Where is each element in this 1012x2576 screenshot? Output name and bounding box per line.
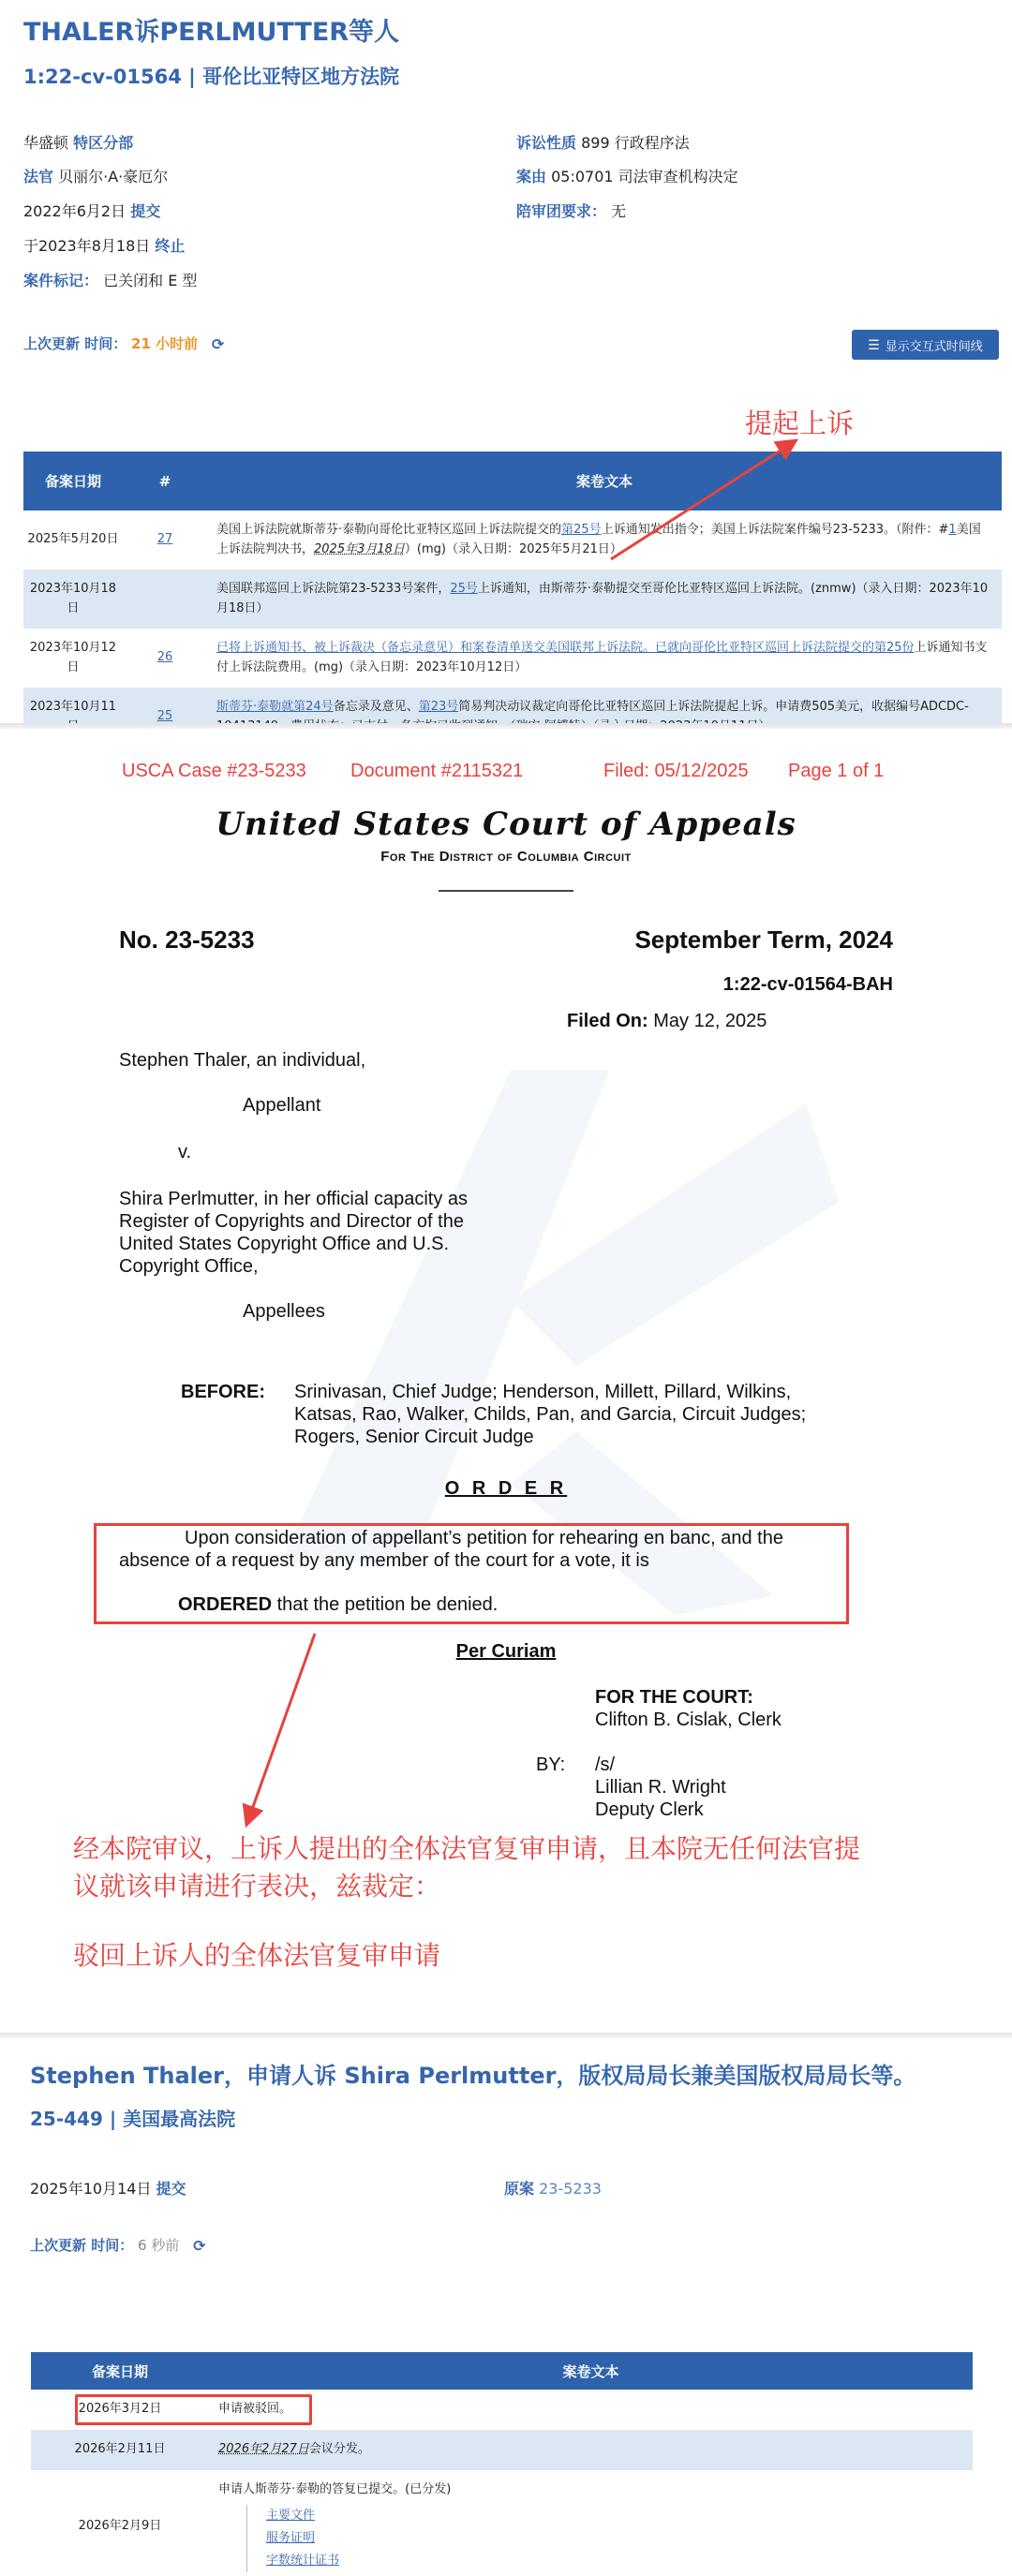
column-header-date[interactable]: 备案日期: [23, 452, 123, 511]
docket-text: 美国上诉法院就斯蒂芬·泰勒向哥伦比亚特区巡回上诉法院提交的第25号上诉通知发出指…: [207, 511, 1002, 570]
signature: /s/: [595, 1754, 615, 1776]
meta-division: 华盛顿 特区分部: [23, 131, 133, 153]
district-case-section: THALER诉PERLMUTTER等人 1:22-cv-01564 | 哥伦比亚…: [0, 0, 1012, 723]
order-title: O R D E R: [0, 1478, 1012, 1500]
meta-terminated: 于2023年8月18日 终止: [23, 234, 185, 256]
docket-entry-link[interactable]: 1: [948, 523, 956, 537]
last-updated: 上次更新 时间： 21 小时前 ⟳: [23, 333, 224, 353]
docket-text: 已将上诉通知书、被上诉裁决（备忘录意见）和案卷清单送交美国联邦上诉法院。已就向哥…: [207, 629, 1002, 688]
sc-docket-table: 备案日期 案卷文本 2026年3月2日 申请被驳回。 2026年2月11日 20…: [31, 2352, 973, 2576]
header-rule: [439, 890, 573, 892]
meta-filed: 2022年6月2日 提交: [23, 200, 160, 221]
attachment-list: 主要文件 服务证明 字数统计证书: [246, 2505, 963, 2572]
docket-entry-link[interactable]: 斯蒂芬·泰勒就第24号: [216, 700, 334, 714]
case-title: THALER诉PERLMUTTER等人: [23, 11, 399, 48]
meta-cause: 案由 05:0701 司法审查机构决定: [516, 165, 738, 186]
translation-line: 议就该申请进行表决，兹裁定：: [73, 1868, 440, 1905]
table-row: 2026年2月9日 申请人斯蒂芬·泰勒的答复已提交。(已分发) 主要文件 服务证…: [31, 2470, 973, 2576]
appeal-case-number: No. 23-5233: [119, 928, 255, 951]
filing-date: 2025年5月20日: [23, 511, 123, 570]
conference-date: 2026年2月27日: [218, 2442, 309, 2456]
panel-line: Katsas, Rao, Walker, Childs, Pan, and Ga…: [294, 1403, 806, 1426]
filed-on: Filed On: May 12, 2025: [567, 1010, 766, 1032]
table-row: 2023年10月12日26已将上诉通知书、被上诉裁决（备忘录意见）和案卷清单送交…: [23, 629, 1002, 688]
docket-entry-link[interactable]: 25号: [450, 582, 478, 596]
sc-case-title: Stephen Thaler，申请人诉 Shira Perlmutter，版权局…: [30, 2057, 915, 2090]
header-document-number: Document #2115321: [350, 761, 523, 782]
column-header-date[interactable]: 备案日期: [31, 2352, 209, 2390]
appellee-line: Shira Perlmutter, in her official capaci…: [119, 1188, 468, 1210]
supreme-court-case-section: Stephen Thaler，申请人诉 Shira Perlmutter，版权局…: [0, 2038, 1012, 2576]
filing-date: 2023年10月12日: [23, 629, 123, 688]
for-the-court: FOR THE COURT:: [595, 1686, 753, 1709]
appellee-line: Copyright Office,: [119, 1255, 259, 1278]
court-order-document: USCA Case #23-5233 Document #2115321 Fil…: [0, 729, 1012, 2033]
sc-last-updated: 上次更新 时间： 6 秒前 ⟳: [30, 2235, 206, 2255]
division-link[interactable]: 特区分部: [73, 134, 133, 152]
last-updated-value: 21 小时前: [131, 335, 198, 352]
order-paragraph-line: Upon consideration of appellant’s petiti…: [185, 1527, 783, 1549]
docket-number-link[interactable]: 26: [157, 650, 173, 664]
panel-line: Rogers, Senior Circuit Judge: [294, 1426, 534, 1448]
lower-court-case: 1:22-cv-01564-BAH: [723, 973, 893, 996]
order-ruling: ORDERED that the petition be denied.: [178, 1593, 498, 1616]
docket-number-link[interactable]: 27: [157, 532, 173, 546]
panel-line: Srinivasan, Chief Judge; Henderson, Mill…: [294, 1381, 791, 1403]
case-subtitle: 1:22-cv-01564 | 哥伦比亚特区地方法院: [23, 62, 399, 90]
sc-meta-filed: 2025年10月14日 提交: [30, 2177, 186, 2198]
appellee-line: United States Copyright Office and U.S.: [119, 1233, 449, 1255]
table-row: 2025年5月20日27美国上诉法院就斯蒂芬·泰勒向哥伦比亚特区巡回上诉法院提交…: [23, 511, 1002, 570]
refresh-icon[interactable]: ⟳: [212, 335, 224, 353]
table-row: 2023年10月18日美国联邦巡回上诉法院第23-5233号案件，25号上诉通知…: [23, 570, 1002, 629]
translation-line: 经本院审议，上诉人提出的全体法官复审申请，且本院无任何法官提: [73, 1830, 860, 1868]
annotation-appeal-label: 提起上诉: [745, 403, 854, 441]
sc-meta-origin: 原案 23-5233: [504, 2177, 602, 2198]
translation-result: 驳回上诉人的全体法官复审申请: [73, 1937, 440, 1975]
header-page: Page 1 of 1: [788, 761, 884, 782]
docket-entry-link[interactable]: 已将上诉通知书、被上诉裁决（备忘录意见）和案卷清单送交美国联邦上诉法院。已就向哥…: [216, 641, 915, 655]
attachment-proof-of-service-link[interactable]: 服务证明: [266, 2531, 315, 2545]
meta-nature-of-suit: 诉讼性质 899 行政程序法: [516, 131, 690, 153]
docket-entry-link[interactable]: 第23号: [419, 700, 459, 714]
header-filed-date: Filed: 05/12/2025: [603, 761, 749, 782]
list-icon: ☰: [868, 337, 880, 353]
header-case-number: USCA Case #23-5233: [122, 761, 306, 782]
versus: v.: [178, 1141, 191, 1163]
column-header-text[interactable]: 案卷文本: [207, 452, 1002, 511]
sc-case-subtitle: 25-449 | 美国最高法院: [30, 2104, 235, 2131]
deputy-clerk-name: Lillian R. Wright: [595, 1776, 726, 1799]
court-subtitle: For The District of Columbia Circuit: [0, 849, 1012, 865]
docket-text: 美国联邦巡回上诉法院第23-5233号案件，25号上诉通知，由斯蒂芬·泰勒提交至…: [207, 570, 1002, 629]
appellant-role: Appellant: [243, 1094, 320, 1117]
deputy-clerk-title: Deputy Clerk: [595, 1799, 704, 1821]
docket-entry-link[interactable]: 第25号: [561, 523, 602, 537]
appellee-line: Register of Copyrights and Director of t…: [119, 1210, 464, 1233]
court-name: United States Court of Appeals: [0, 806, 1012, 843]
origin-case-link[interactable]: 23-5233: [539, 2180, 602, 2198]
denied-row-highlight-box: [75, 2394, 312, 2425]
meta-judge: 法官 贝丽尔·A·豪厄尔: [23, 165, 168, 186]
clerk-name: Clifton B. Cislak, Clerk: [595, 1709, 781, 1731]
by-label: BY:: [536, 1754, 565, 1776]
meta-jury-demand: 陪审团要求： 无: [516, 200, 626, 221]
refresh-icon[interactable]: ⟳: [193, 2237, 205, 2255]
column-header-number[interactable]: #: [123, 452, 207, 511]
docket-table: 备案日期 # 案卷文本 2025年5月20日27美国上诉法院就斯蒂芬·泰勒向哥伦…: [23, 452, 1002, 747]
appellee-role: Appellees: [243, 1300, 325, 1323]
order-paragraph-line: absence of a request by any member of th…: [119, 1549, 649, 1572]
before-label: BEFORE:: [181, 1381, 265, 1403]
per-curiam: Per Curiam: [0, 1641, 1012, 1663]
filing-date: 2023年10月18日: [23, 570, 123, 629]
show-timeline-button[interactable]: ☰ 显示交互式时间线: [852, 330, 999, 360]
table-row: 2026年2月11日 2026年2月27日会议分发。: [31, 2430, 973, 2470]
court-term: September Term, 2024: [634, 928, 893, 951]
appellant-name: Stephen Thaler, an individual,: [119, 1049, 365, 1072]
attachment-main-document-link[interactable]: 主要文件: [266, 2509, 315, 2523]
attachment-word-count-link[interactable]: 字数统计证书: [266, 2554, 339, 2568]
column-header-text[interactable]: 案卷文本: [209, 2352, 973, 2390]
meta-case-flags: 案件标记： 已关闭和 E 型: [23, 269, 197, 290]
docket-number-link[interactable]: 25: [157, 709, 173, 723]
